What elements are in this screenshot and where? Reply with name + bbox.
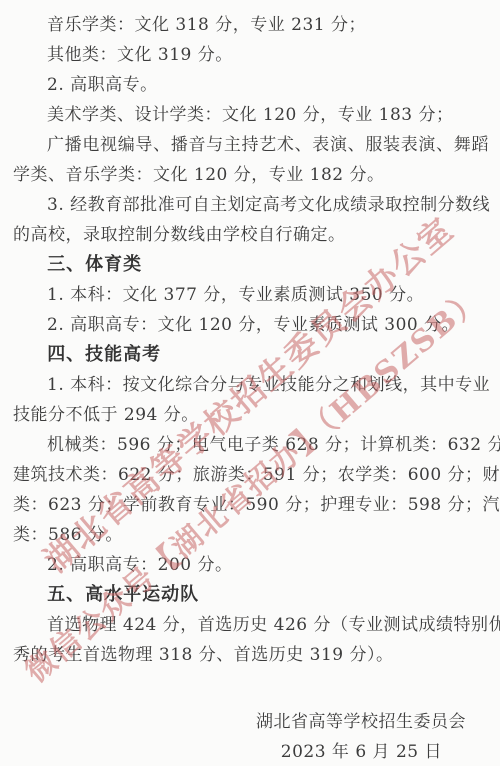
doc-line-art-design: 美术学类、设计学类：文化 120 分，专业 183 分； [13,100,489,130]
doc-line-skills-scores-1: 机械类：596 分；电气电子类 628 分；计算机类：632 分； [13,430,489,460]
doc-line-skills-scores-3: 类：623 分；学前教育专业：590 分；护理专业：598 分；汽修 [13,490,489,520]
doc-line-moe-approved-1: 3. 经教育部批准可自主划定高考文化成绩录取控制分数线 [13,190,489,220]
doc-line-skills-undergrad-1: 1. 本科：按文化综合分与专业技能分之和划线，其中专业 [13,370,489,400]
section-heading-skills-exam: 四、技能高考 [13,340,489,370]
doc-line-other-undergrad: 其他类：文化 319 分。 [13,40,489,70]
doc-line-sports-vocational: 2. 高职高专：文化 120 分，专业素质测试 300 分。 [13,310,489,340]
doc-line-broadcast-1: 广播电视编导、播音与主持艺术、表演、服装表演、舞蹈 [13,130,489,160]
section-heading-athletes: 五、高水平运动队 [13,580,489,610]
doc-line-athletes-2: 秀的考生首选物理 318 分、首选历史 319 分）。 [13,640,489,670]
signature-date: 2023 年 6 月 25 日 [13,737,466,766]
doc-line-skills-scores-4: 类：586 分。 [13,520,489,550]
signature-org: 湖北省高等学校招生委员会 [13,707,466,737]
doc-line-broadcast-2: 学类、音乐学类：文化 120 分，专业 182 分。 [13,160,489,190]
signature-block: 湖北省高等学校招生委员会 2023 年 6 月 25 日 [13,707,489,766]
scanned-document-page: { "page": { "background": "#fbfbfa", "te… [0,0,500,766]
doc-line-vocational-label: 2. 高职高专。 [13,70,489,100]
document-body: 音乐学类：文化 318 分，专业 231 分； 其他类：文化 319 分。 2.… [13,10,489,766]
doc-line-athletes-1: 首选物理 424 分，首选历史 426 分（专业测试成绩特别优 [13,610,489,640]
doc-line-skills-vocational: 2. 高职高专：200 分。 [13,550,489,580]
section-heading-sports: 三、体育类 [13,250,489,280]
doc-line-moe-approved-2: 的高校，录取控制分数线由学校自行确定。 [13,220,489,250]
doc-line-music-undergrad: 音乐学类：文化 318 分，专业 231 分； [13,10,489,40]
doc-line-skills-scores-2: 建筑技术类：622 分；旅游类：591 分；农学类：600 分；财经 [13,460,489,490]
doc-line-sports-undergrad: 1. 本科：文化 377 分，专业素质测试 350 分。 [13,280,489,310]
doc-line-skills-undergrad-2: 技能分不低于 294 分。 [13,400,489,430]
